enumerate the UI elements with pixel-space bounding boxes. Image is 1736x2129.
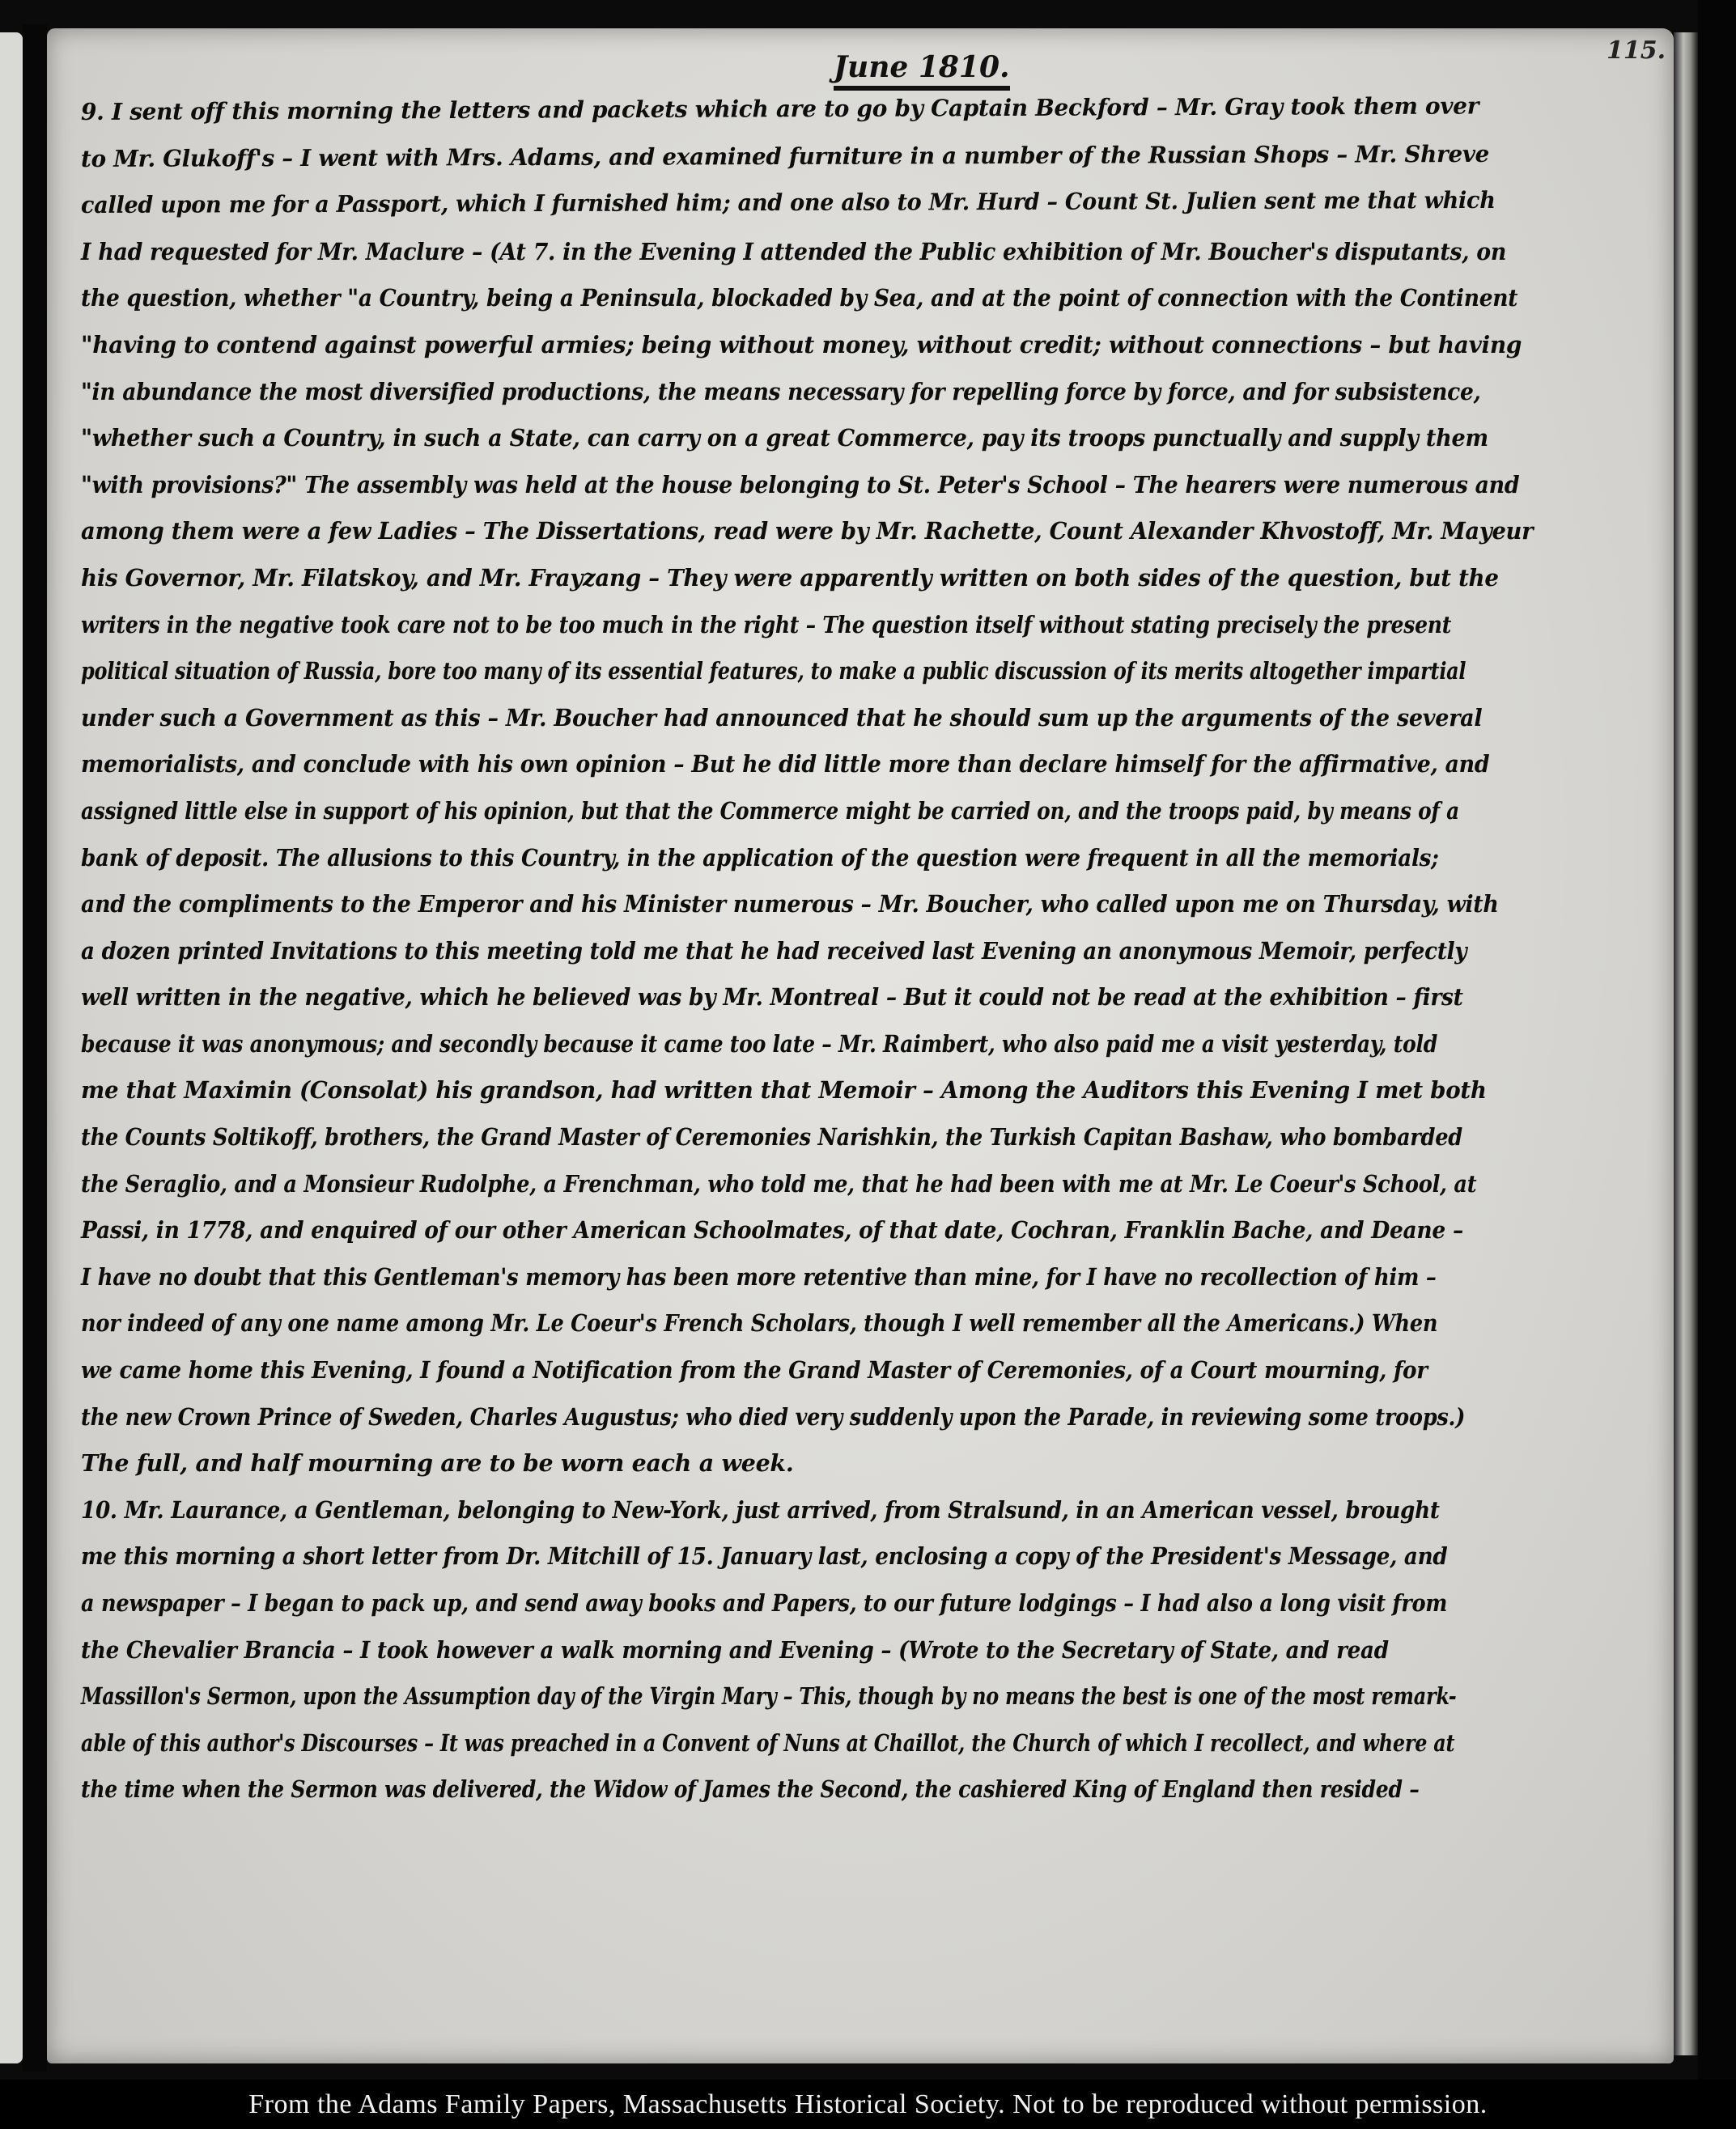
text-line: 10. Mr. Laurance, a Gentleman, belonging… [81, 1487, 1533, 1534]
right-border [1698, 0, 1736, 2080]
text-line: able of this author's Discourses – It wa… [81, 1720, 1407, 1767]
text-line: the Seraglio, and a Monsieur Rudolphe, a… [81, 1161, 1501, 1208]
page-stack-edge [1674, 32, 1698, 2055]
diary-text-body: 9. I sent off this morning the letters a… [81, 89, 1659, 1813]
text-line: the Counts Soltikoff, brothers, the Gran… [81, 1114, 1501, 1161]
text-line: writers in the negative took care not to… [81, 602, 1470, 649]
facing-page-edge [0, 32, 23, 2063]
text-line: called upon me for a Passport, which I f… [81, 177, 1581, 229]
text-line: a newspaper – I began to pack up, and se… [81, 1580, 1501, 1627]
text-line: under such a Government as this – Mr. Bo… [81, 695, 1581, 742]
text-line: the Chevalier Brancia – I took however a… [81, 1627, 1533, 1674]
text-line: Passi, in 1778, and enquired of our othe… [81, 1207, 1549, 1254]
text-line: "in abundance the most diversified produ… [81, 369, 1549, 416]
text-line: political situation of Russia, bore too … [81, 648, 1407, 695]
text-line: bank of deposit. The allusions to this C… [81, 835, 1533, 882]
page-number: 115. [1607, 36, 1666, 65]
text-line: "with provisions?" The assembly was held… [81, 462, 1564, 509]
text-line: well written in the negative, which he b… [81, 974, 1549, 1021]
text-line: we came home this Evening, I found a Not… [81, 1347, 1533, 1394]
text-line: The full, and half mourning are to be wo… [81, 1440, 1659, 1487]
text-line: the question, whether "a Country, being … [81, 275, 1549, 322]
text-line: I had requested for Mr. Maclure – (At 7.… [81, 229, 1564, 276]
text-line: the new Crown Prince of Sweden, Charles … [81, 1394, 1501, 1441]
text-line: among them were a few Ladies – The Disse… [81, 508, 1596, 555]
text-line: to Mr. Glukoff's – I went with Mrs. Adam… [81, 130, 1619, 182]
text-line: memorialists, and conclude with his own … [81, 741, 1564, 788]
text-line: 9. I sent off this morning the letters a… [81, 83, 1628, 136]
text-line: assigned little else in support of his o… [81, 788, 1454, 835]
text-line: his Governor, Mr. Filatskoy, and Mr. Fra… [81, 555, 1612, 602]
text-line: because it was anonymous; and secondly b… [81, 1021, 1470, 1068]
text-line: the time when the Sermon was delivered, … [81, 1766, 1470, 1813]
text-line: and the compliments to the Emperor and h… [81, 881, 1564, 928]
text-line: "having to contend against powerful armi… [81, 322, 1628, 369]
text-line: a dozen printed Invitations to this meet… [81, 928, 1533, 975]
text-line: "whether such a Country, in such a State… [81, 415, 1581, 462]
text-line: I have no doubt that this Gentleman's me… [81, 1254, 1517, 1301]
text-line: Massillon's Sermon, upon the Assumption … [81, 1673, 1407, 1720]
text-line: me this morning a short letter from Dr. … [81, 1533, 1533, 1580]
text-line: me that Maximin (Consolat) his grandson,… [81, 1067, 1612, 1114]
text-line: nor indeed of any one name among Mr. Le … [81, 1300, 1501, 1347]
binding-gutter [23, 24, 47, 2072]
copyright-footer: From the Adams Family Papers, Massachuse… [0, 2080, 1736, 2129]
